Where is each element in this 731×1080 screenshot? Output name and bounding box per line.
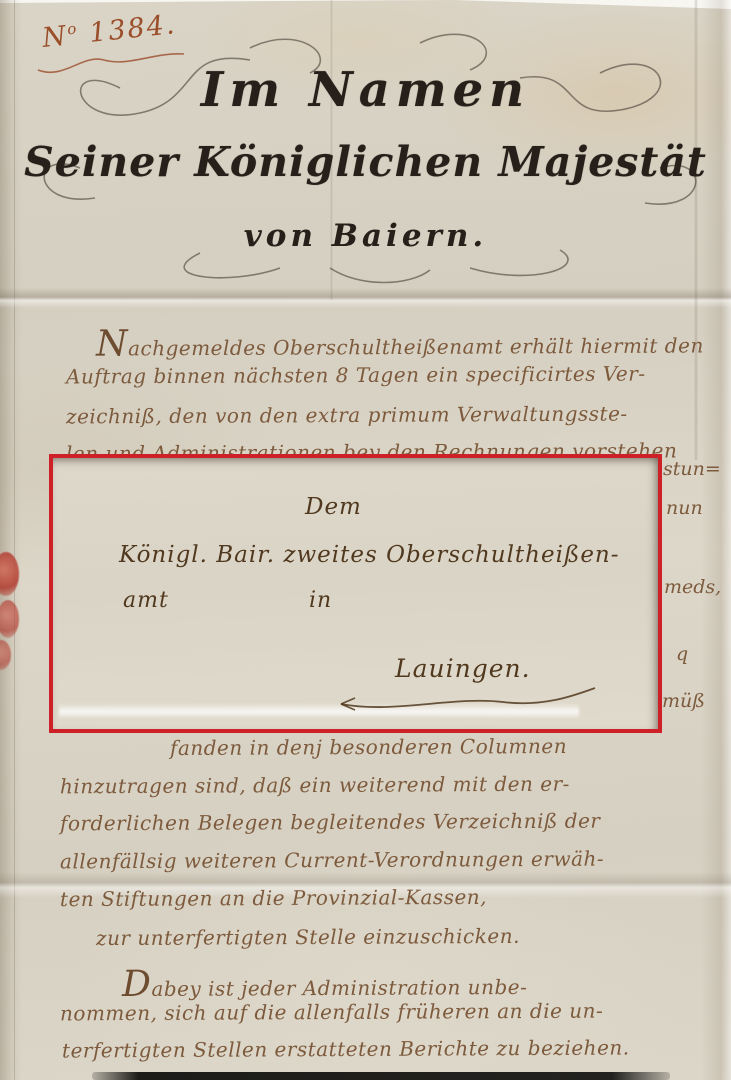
address-line-office: Königl. Bair. zweites Oberschultheißen- bbox=[119, 542, 620, 568]
body-line-fragment: müß bbox=[662, 690, 705, 712]
body-line-fragment: q bbox=[676, 643, 688, 665]
address-inset-overlay: Dem Königl. Bair. zweites Oberschultheiß… bbox=[49, 454, 662, 733]
scanned-letter-page: { "document": { "kind": "historic-letter… bbox=[0, 0, 731, 1080]
body-line: terfertigten Stellen erstatteten Bericht… bbox=[62, 1036, 630, 1063]
body-line: Auftrag binnen nächsten 8 Tagen ein spec… bbox=[66, 361, 646, 388]
body-line: allenfällsig weiteren Current-Verordnung… bbox=[60, 847, 604, 874]
wax-seal-blob bbox=[0, 552, 19, 596]
wax-seal-blob bbox=[0, 600, 19, 638]
body-line: Nachgemeldes Oberschultheißenamt erhält … bbox=[96, 320, 704, 364]
address-preposition: in bbox=[309, 588, 332, 613]
wax-seal-blob bbox=[0, 640, 11, 670]
header-title-line1: Im Namen bbox=[0, 62, 731, 118]
body-line: nommen, sich auf die allenfalls früheren… bbox=[60, 999, 603, 1026]
header-title-line2: Seiner Königlichen Majestät bbox=[0, 138, 731, 186]
wax-seal-icon bbox=[0, 548, 25, 676]
body-line-fragment: stun= bbox=[663, 458, 721, 480]
body-line-fragment: nun bbox=[666, 497, 703, 519]
body-line-fragment: meds, bbox=[664, 576, 721, 598]
header-title-line3: von Baiern. bbox=[0, 218, 731, 254]
address-line-salutation: Dem bbox=[305, 494, 362, 520]
horizontal-fold-crease-top bbox=[0, 288, 731, 308]
body-line: hinzutragen sind, daß ein weiterend mit … bbox=[60, 772, 570, 799]
scan-bottom-edge bbox=[92, 1072, 670, 1080]
body-line: forderlichen Belegen begleitendes Verzei… bbox=[60, 809, 601, 836]
body-line: zur unterfertigten Stelle einzuschicken. bbox=[96, 924, 520, 950]
signature-swash-icon bbox=[333, 678, 603, 718]
body-line: ten Stiftungen an die Provinzial-Kassen, bbox=[60, 885, 487, 911]
body-line: zeichniß, den von den extra primum Verwa… bbox=[66, 402, 628, 429]
body-line: fanden in denj besonderen Columnen bbox=[170, 734, 567, 760]
address-line-office-cont: amt bbox=[123, 588, 169, 613]
